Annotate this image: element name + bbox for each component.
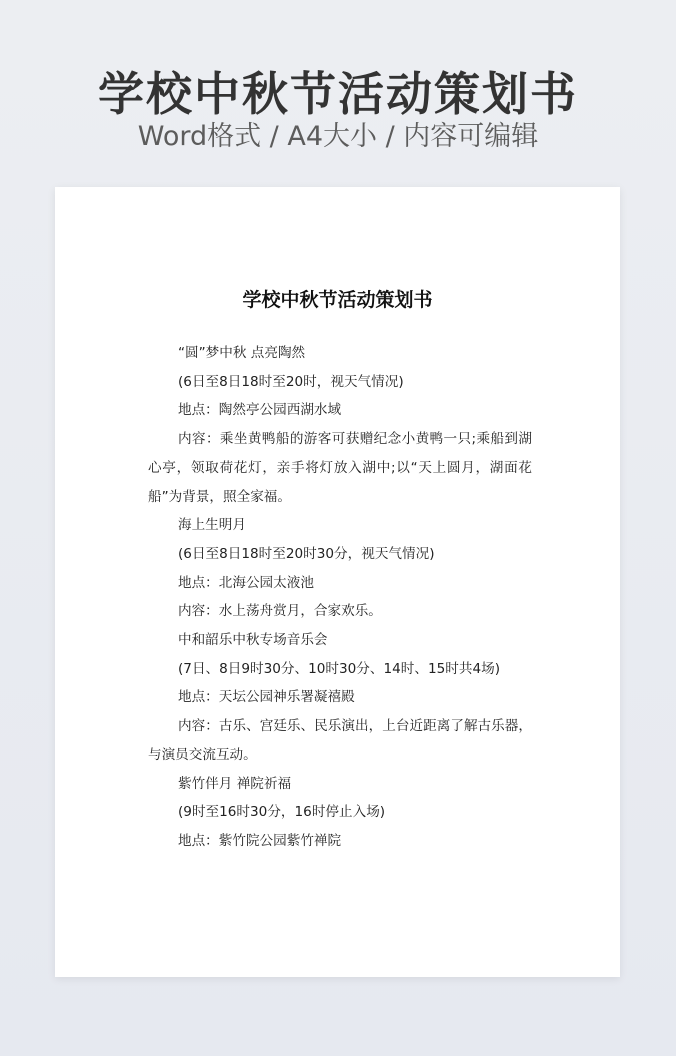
section-time: (6日至8日18时至20时30分，视天气情况) [148,540,532,569]
section-content: 内容：水上荡舟赏月，合家欢乐。 [148,597,532,626]
section-heading: 海上生明月 [148,511,532,540]
document-page: 学校中秋节活动策划书 “圆”梦中秋 点亮陶然 (6日至8日18时至20时，视天气… [55,187,620,977]
section-heading: 紫竹伴月 禅院祈福 [148,770,532,799]
section-content: 内容：乘坐黄鸭船的游客可获赠纪念小黄鸭一只;乘船到湖心亭，领取荷花灯，亲手将灯放… [148,425,532,511]
section-time: (9时至16时30分，16时停止入场) [148,798,532,827]
section-location: 地点：天坛公园神乐署凝禧殿 [148,683,532,712]
section-heading: “圆”梦中秋 点亮陶然 [148,339,532,368]
section-heading: 中和韶乐中秋专场音乐会 [148,626,532,655]
hero-subtitle: Word格式 / A4大小 / 内容可编辑 [0,120,676,154]
document-body: “圆”梦中秋 点亮陶然 (6日至8日18时至20时，视天气情况) 地点：陶然亭公… [148,339,532,856]
hero-title: 学校中秋节活动策划书 [0,66,676,122]
section-content: 内容：古乐、宫廷乐、民乐演出，上台近距离了解古乐器，与演员交流互动。 [148,712,532,769]
section-location: 地点：紫竹院公园紫竹禅院 [148,827,532,856]
section-time: (6日至8日18时至20时，视天气情况) [148,368,532,397]
document-title: 学校中秋节活动策划书 [55,287,620,313]
section-location: 地点：北海公园太液池 [148,569,532,598]
section-location: 地点：陶然亭公园西湖水域 [148,396,532,425]
section-time: (7日、8日9时30分、10时30分、14时、15时共4场) [148,655,532,684]
